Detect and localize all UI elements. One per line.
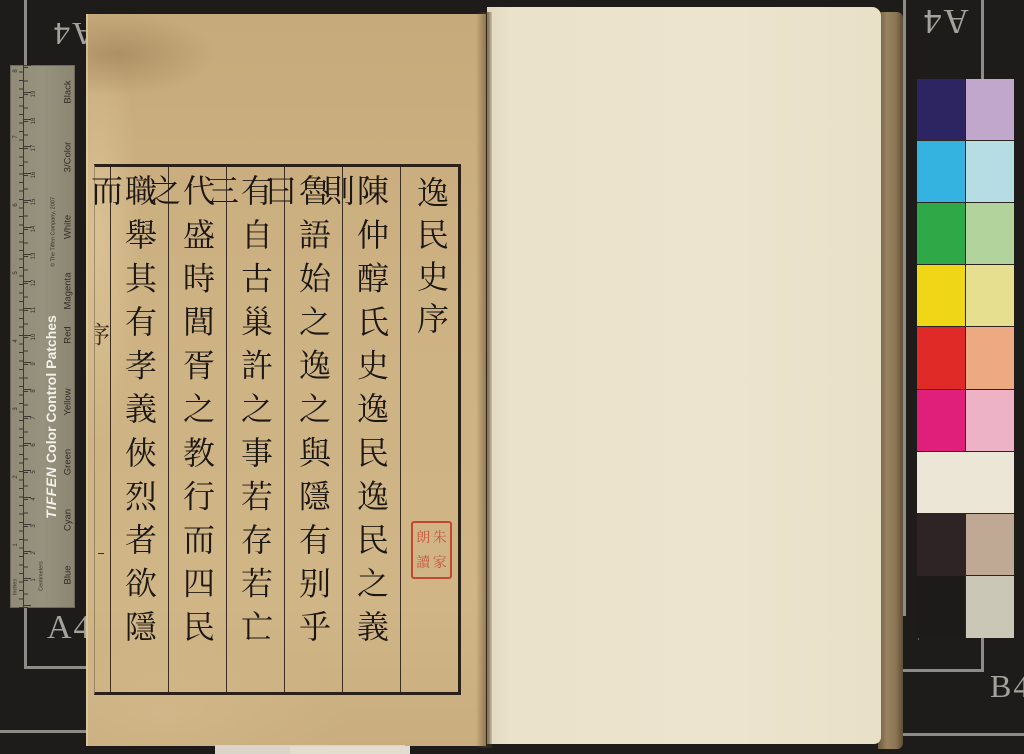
fold-mark (98, 553, 104, 554)
column-rule (284, 167, 285, 692)
ruler-cm-number: 9 (31, 362, 37, 365)
color-control-chart (917, 79, 1014, 638)
ruler-label-black: Black (63, 80, 73, 103)
column-rule (168, 167, 169, 692)
ruler-inch-number: 2 (13, 475, 19, 478)
board-line (898, 669, 984, 672)
ruler-cm-number: 5 (31, 470, 37, 473)
board-line (24, 607, 27, 669)
chart-row-white (917, 452, 1014, 514)
patch-blue (917, 79, 966, 140)
ruler-inch-number: 8 (13, 69, 19, 72)
ruler-cm-number: 7 (31, 416, 37, 419)
board-line (898, 733, 1024, 736)
patch-3color (917, 514, 966, 575)
tiffen-color-ruler: 1 2 3 4 5 6 7 8 1 2 3 4 5 6 7 8 9 10 11 … (10, 65, 75, 608)
patch-yellow-tint (966, 265, 1014, 326)
ruler-cm-number: 3 (31, 524, 37, 527)
fold-margin-char: 序 (95, 323, 110, 347)
ruler-label-green: Green (63, 449, 73, 475)
ruler-cm-number: 16 (31, 172, 37, 179)
board-line (0, 730, 86, 733)
tiffen-logo: TIFFEN (43, 467, 59, 519)
ruler-inch-number: 7 (13, 135, 19, 138)
book-gutter (476, 12, 492, 748)
chart-row-cyan (917, 141, 1014, 203)
ruler-cm-major-ticks (24, 65, 31, 608)
patch-cyan-tint (966, 141, 1014, 202)
ruler-cm-number: 18 (31, 118, 37, 125)
ruler-cm-number: 14 (31, 226, 37, 233)
text-column-3: 有自古巢許之事若存若亡三 (238, 174, 272, 692)
chart-row-magenta (917, 390, 1014, 452)
board-label-a4-top-right: A4 (922, 4, 969, 39)
board-label-b4-bottom-right: B4 (990, 670, 1024, 702)
patch-yellow (917, 265, 966, 326)
left-page: 序 逸民史序 陳仲醇氏史逸民逸民之義則 魯語始之逸之與隱有别乎曰 有自古巢許之事… (86, 14, 486, 746)
preface-title: 逸民史序 (414, 176, 448, 344)
ruler-title: TIFFEN Color Control Patches (44, 315, 58, 519)
ruler-inch-ticks (19, 65, 23, 608)
board-line (24, 666, 86, 669)
column-rule (226, 167, 227, 692)
patch-magenta (917, 390, 966, 451)
page-stack-edge (878, 12, 903, 749)
ruler-cm-number: 8 (31, 389, 37, 392)
ruler-cm-number: 2 (31, 551, 37, 554)
chart-row-blue (917, 79, 1014, 141)
fold-margin-strip: 序 (95, 167, 110, 692)
ruler-cm-number: 15 (31, 199, 37, 206)
seal-char: 家 (432, 550, 449, 575)
ruler-cm-number: 1 (31, 578, 37, 581)
patch-white (917, 452, 1014, 513)
chart-row-red (917, 327, 1014, 389)
patch-magenta-tint (966, 390, 1014, 451)
right-page-blank (487, 7, 881, 744)
column-rule (342, 167, 343, 692)
ruler-unit-centimeters: Centimeters (39, 561, 45, 591)
seal-char: 讀 (415, 550, 432, 575)
ruler-cm-number: 4 (31, 497, 37, 500)
patch-3color-tint (966, 514, 1014, 575)
ruler-cm-number: 13 (31, 253, 37, 260)
ruler-inch-number: 5 (13, 271, 19, 274)
ruler-cm-number: 17 (31, 145, 37, 152)
patch-black-tint (966, 576, 1014, 638)
ruler-label-magenta: Magenta (63, 273, 73, 310)
ruler-cm-number: 6 (31, 443, 37, 446)
board-line (903, 0, 906, 616)
patch-black (917, 576, 966, 638)
patch-green-tint (966, 203, 1014, 264)
board-line (981, 637, 984, 672)
paper-slip (290, 746, 410, 754)
patch-green (917, 203, 966, 264)
text-column-2: 魯語始之逸之與隱有别乎曰 (296, 174, 330, 692)
ruler-cm-number: 19 (31, 91, 37, 98)
ruler-label-cyan: Cyan (63, 509, 73, 531)
ruler-label-red: Red (63, 326, 73, 343)
ruler-copyright: © The Tiffen Company, 2007 (51, 197, 57, 267)
ruler-label-yellow: Yellow (63, 388, 73, 415)
board-line (24, 0, 27, 66)
ruler-title-text: Color Control Patches (43, 315, 59, 463)
chart-row-3color (917, 514, 1014, 576)
collector-seal: 朱 朗 家 讀 (411, 521, 452, 579)
board-line (981, 0, 984, 80)
column-rule (400, 167, 401, 692)
ruler-unit-inches: Inches (13, 579, 19, 595)
ruler-cm-number: 12 (31, 280, 37, 287)
seal-char: 朱 (432, 525, 449, 550)
patch-cyan (917, 141, 966, 202)
chart-row-green (917, 203, 1014, 265)
patch-red-tint (966, 327, 1014, 388)
chart-row-black (917, 576, 1014, 638)
text-column-4: 代盛時閭胥之教行而四民之 (180, 174, 214, 692)
ruler-label-3color: 3/Color (63, 142, 73, 173)
seal-char: 朗 (415, 525, 432, 550)
ruler-cm-number: 10 (31, 334, 37, 341)
ruler-inch-number: 3 (13, 407, 19, 410)
ruler-label-blue: Blue (63, 565, 73, 584)
ruler-cm-number: 11 (31, 307, 37, 313)
column-rule (110, 167, 111, 692)
chart-row-yellow (917, 265, 1014, 327)
ruler-inch-number: 4 (13, 339, 19, 342)
ruler-inch-number: 1 (13, 543, 19, 546)
ruler-inch-number: 6 (13, 203, 19, 206)
patch-red (917, 327, 966, 388)
text-column-1: 陳仲醇氏史逸民逸民之義則 (354, 174, 388, 692)
ruler-label-white: White (63, 215, 73, 239)
text-frame: 序 逸民史序 陳仲醇氏史逸民逸民之義則 魯語始之逸之與隱有别乎曰 有自古巢許之事… (94, 164, 461, 695)
patch-blue-tint (966, 79, 1014, 140)
text-column-5: 職舉其有孝義俠烈者欲隱而 (122, 174, 156, 692)
